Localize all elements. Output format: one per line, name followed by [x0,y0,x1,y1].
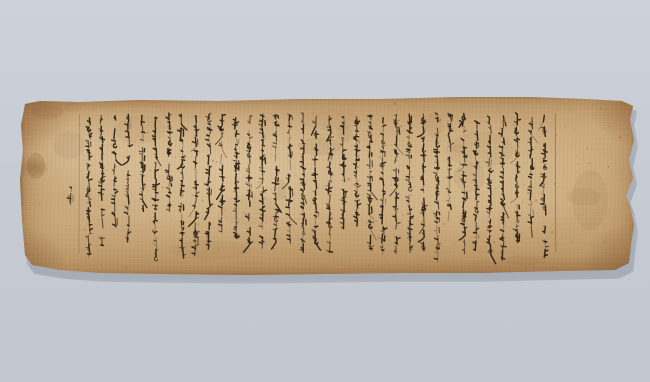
manuscript-ink-text [0,0,650,382]
museum-photo [0,0,650,382]
